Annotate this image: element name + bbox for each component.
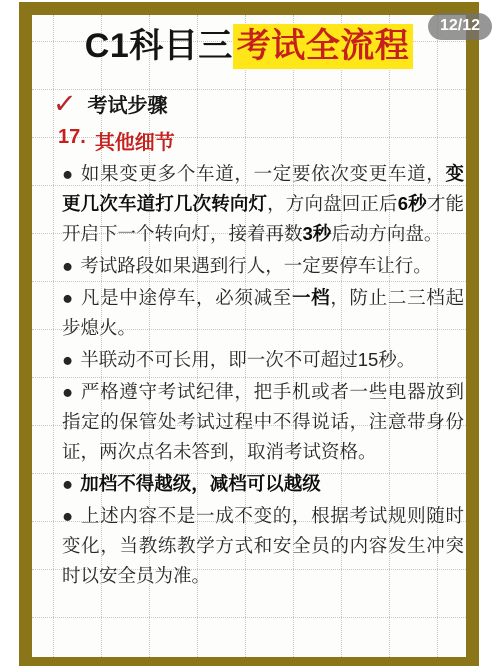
check-row: ✓ 考试步骤 — [53, 89, 167, 118]
grid-line-horizontal — [32, 617, 466, 618]
bullet-text: 后动方向盘。 — [331, 223, 442, 244]
bullet-marker-icon: ● — [62, 473, 73, 494]
bullet-item: ●凡是中途停车，必须减至一档，防止二三档起步熄火。 — [62, 283, 464, 343]
check-label: 考试步骤 — [87, 89, 167, 118]
notebook-frame: C1科目三考试全流程 ✓ 考试步骤 17. 其他细节 ●如果变更多个车道，一定要… — [19, 2, 479, 666]
section-number: 17. — [58, 126, 86, 155]
bullet-marker-icon: ● — [62, 381, 74, 402]
bullet-text: 严格遵守考试纪律，把手机或者一些电器放到指定的保管处考试过程中不得说话，注意带身… — [62, 381, 464, 462]
bullet-text: 上述内容不是一成不变的，根据考试规则随时变化，当教练教学方式和安全员的内容发生冲… — [62, 505, 464, 586]
checkmark-icon: ✓ — [52, 89, 77, 118]
section-title: 其他细节 — [95, 126, 175, 155]
bullet-text-bold: 6秒 — [398, 193, 427, 214]
section-heading: 17. 其他细节 — [58, 126, 175, 155]
bullet-marker-icon: ● — [62, 505, 74, 526]
bullet-item: ●严格遵守考试纪律，把手机或者一些电器放到指定的保管处考试过程中不得说话，注意带… — [62, 377, 464, 467]
bullet-text-bold: 加档不得越级，减档可以越级 — [80, 473, 321, 494]
bullet-text: ，方向盘回正后 — [267, 193, 398, 214]
bullet-marker-icon: ● — [62, 349, 73, 370]
bullet-text: 考试路段如果遇到行人，一定要停车让行。 — [80, 255, 432, 276]
bullet-text-bold: 一档 — [292, 287, 330, 308]
page-title: C1科目三考试全流程 — [32, 24, 466, 68]
bullet-marker-icon: ● — [62, 287, 74, 308]
page: C1科目三考试全流程 ✓ 考试步骤 17. 其他细节 ●如果变更多个车道，一定要… — [0, 0, 500, 666]
bullet-text: 凡是中途停车，必须减至 — [81, 287, 292, 308]
pager-badge: 12/12 — [428, 13, 492, 40]
bullet-text: 半联动不可长用，即一次不可超过15秒。 — [80, 349, 415, 370]
paper: C1科目三考试全流程 ✓ 考试步骤 17. 其他细节 ●如果变更多个车道，一定要… — [32, 15, 466, 657]
bullet-item: ●加档不得越级，减档可以越级 — [62, 469, 464, 499]
bullet-item: ●考试路段如果遇到行人，一定要停车让行。 — [62, 251, 464, 281]
bullet-list: ●如果变更多个车道，一定要依次变更车道，变更几次车道打几次转向灯，方向盘回正后6… — [62, 159, 464, 593]
bullet-text-bold: 3秒 — [303, 223, 332, 244]
bullet-item: ●半联动不可长用，即一次不可超过15秒。 — [62, 345, 464, 375]
bullet-item: ●如果变更多个车道，一定要依次变更车道，变更几次车道打几次转向灯，方向盘回正后6… — [62, 159, 464, 249]
bullet-marker-icon: ● — [62, 163, 74, 184]
bullet-marker-icon: ● — [62, 255, 73, 276]
title-highlighted: 考试全流程 — [233, 24, 414, 69]
bullet-text: 如果变更多个车道，一定要依次变更车道， — [81, 163, 446, 184]
title-plain: C1科目三 — [85, 27, 233, 65]
bullet-item: ●上述内容不是一成不变的，根据考试规则随时变化，当教练教学方式和安全员的内容发生… — [62, 501, 464, 591]
